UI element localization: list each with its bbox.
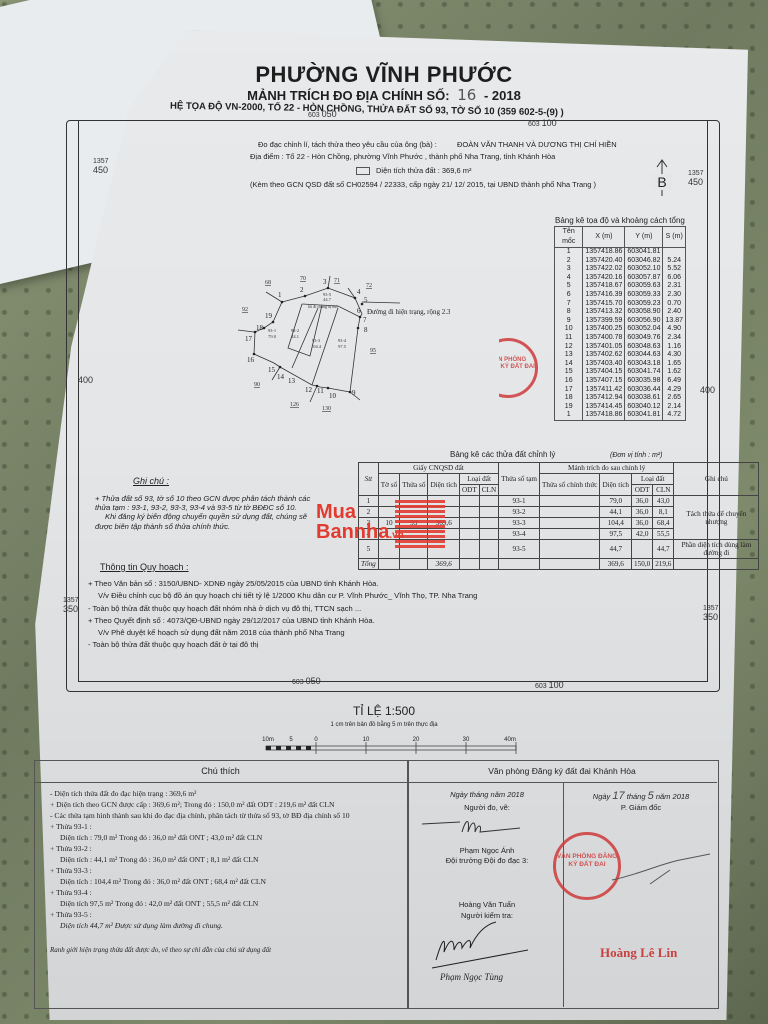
- svg-text:20: 20: [413, 737, 420, 743]
- grid-tick-right-top: 1357450: [688, 170, 704, 188]
- legend-text: - Diện tích thửa đất đo đạc hiện trạng :…: [50, 788, 350, 956]
- svg-text:15: 15: [268, 366, 276, 374]
- svg-text:5: 5: [364, 296, 368, 304]
- certificate-line: (Kèm theo GCN QSD đất số CH02594 / 22333…: [250, 180, 596, 189]
- director-role: P. Giám đốc: [566, 803, 716, 812]
- area-legend-box: [356, 167, 370, 175]
- svg-text:6: 6: [357, 307, 361, 315]
- watermark-building-icon: [395, 500, 445, 550]
- coord-row: 51357418.67603059.632.31: [555, 282, 686, 291]
- coord-row: 21357420.40603046.825.24: [555, 257, 686, 266]
- svg-text:72: 72: [366, 283, 372, 289]
- svg-text:130: 130: [322, 406, 331, 412]
- svg-text:16: 16: [247, 356, 255, 364]
- right-date: Ngày 17 tháng 5 năm 2018: [566, 790, 716, 802]
- lots-table-unit: (Đơn vị tính : m²): [610, 452, 662, 459]
- svg-text:126: 126: [290, 402, 299, 408]
- checker-name: Phạm Ngọc Tùng: [440, 972, 503, 982]
- location-value: Tổ 22 - Hòn Chồng, phường Vĩnh Phước , t…: [286, 152, 556, 161]
- grid-tick-bottom-right: 603 100: [535, 680, 564, 690]
- doc-number: 16: [457, 86, 476, 104]
- svg-text:97.5: 97.5: [338, 344, 347, 349]
- office-name: Văn phòng Đăng ký đất đai Khánh Hòa: [407, 760, 717, 783]
- surveyor-signature: [420, 814, 540, 842]
- note-split: Tách thửa để chuyển nhượng: [674, 496, 759, 540]
- owner-names: ĐOÀN VĂN THANH VÀ DƯƠNG THỊ CHÍ HIỀN: [457, 140, 617, 149]
- svg-text:12: 12: [305, 386, 313, 394]
- svg-text:95: 95: [370, 348, 376, 354]
- svg-text:93-1: 93-1: [268, 328, 276, 333]
- svg-text:7: 7: [363, 316, 367, 324]
- coord-row: 71357415.70603059.230.70: [555, 300, 686, 309]
- grid-tick-left-bottom: 1357350: [63, 597, 79, 615]
- director-signature: [610, 850, 720, 890]
- coordinate-table: Tên mốcX (m) Y (m)S (m) 11357418.8660304…: [554, 226, 686, 421]
- svg-text:93-4: 93-4: [338, 338, 347, 343]
- legend-title: Chú thích: [34, 760, 407, 783]
- checker-role: Người kiểm tra:: [412, 911, 562, 920]
- coord-row: 141357403.40603043.181.65: [555, 360, 686, 369]
- coord-row: 91357399.59603056.9013.87: [555, 317, 686, 326]
- left-date: Ngày tháng năm 2018: [412, 790, 562, 799]
- svg-text:93-3: 93-3: [312, 338, 321, 343]
- svg-text:8: 8: [364, 326, 368, 334]
- notes-text: + Thửa đất số 93, tờ số 10 theo GCN được…: [95, 494, 365, 531]
- grid-tick-left-top: 1357450: [93, 158, 109, 176]
- svg-text:44.1: 44.1: [291, 334, 299, 339]
- coord-row: 181357412.94603038.612.65: [555, 394, 686, 403]
- coord-row: 111357400.78603049.762.34: [555, 334, 686, 343]
- document-title: MẢNH TRÍCH ĐO ĐỊA CHÍNH SỐ: 16 - 2018: [0, 86, 768, 104]
- svg-text:90: 90: [254, 382, 260, 388]
- land-area-line: Diện tích thửa đất : 369,6 m²: [356, 166, 472, 175]
- grid-tick-bottom-left: 603 050: [292, 676, 321, 686]
- coord-row: 191357414.45603040.122.14: [555, 403, 686, 412]
- lots-table-title: Bảng kê các thửa đất chỉnh lý: [450, 450, 555, 459]
- svg-text:13: 13: [288, 377, 296, 385]
- svg-text:11: 11: [317, 387, 324, 395]
- svg-text:1: 1: [278, 291, 282, 299]
- north-arrow: B: [652, 158, 672, 201]
- svg-text:71: 71: [334, 278, 340, 284]
- grid-tick-right-mid: 400: [700, 385, 715, 395]
- coord-row: 101357400.25603052.044.90: [555, 325, 686, 334]
- checker-signature: [428, 920, 548, 970]
- svg-text:10: 10: [329, 392, 337, 400]
- svg-text:19: 19: [265, 312, 273, 320]
- road-label: Đường đi hiện trạng, rộng 2.3 m: [367, 308, 450, 316]
- scale-title: TỈ LỆ 1:500: [0, 704, 768, 718]
- surveyor-name: Phạm Ngọc Ánh: [412, 846, 562, 855]
- team-lead-role: Đội trưởng Đội đo đạc 3:: [412, 856, 562, 865]
- coord-row: 151357404.15603041.741.62: [555, 368, 686, 377]
- coord-row: 131357402.62603044.634.30: [555, 351, 686, 360]
- grid-tick-left-mid: 400: [78, 375, 93, 385]
- grid-tick-right-bottom: 1357350: [703, 605, 719, 623]
- signature-divider: [563, 782, 564, 1007]
- svg-text:79.0: 79.0: [268, 334, 277, 339]
- svg-text:4: 4: [357, 288, 361, 296]
- ward-title: PHƯỜNG VĨNH PHƯỚC: [0, 62, 768, 88]
- note-path: Phần diện tích dùng làm đường đi: [674, 540, 759, 559]
- coord-row: 161357407.15603035.986.49: [555, 377, 686, 386]
- coord-row: 11357418.86603041.814.72: [555, 411, 686, 420]
- svg-text:3: 3: [323, 278, 327, 286]
- svg-text:2: 2: [300, 286, 304, 294]
- svg-text:5: 5: [289, 737, 293, 743]
- survey-request-line: Đo đạc chỉnh lí, tách thửa theo yêu cầu …: [258, 140, 617, 149]
- svg-text:44.7: 44.7: [323, 297, 332, 302]
- svg-text:0: 0: [314, 737, 318, 743]
- coord-row: 11357418.86603041.81: [555, 248, 686, 257]
- north-label: B: [652, 174, 672, 190]
- svg-text:9: 9: [352, 389, 356, 397]
- svg-text:30: 30: [463, 737, 470, 743]
- notes-title: Ghi chú :: [133, 476, 169, 486]
- svg-text:17: 17: [245, 335, 253, 343]
- svg-text:10m: 10m: [262, 737, 274, 743]
- planning-title: Thông tin Quy hoạch :: [100, 562, 189, 572]
- doc-title-prefix: MẢNH TRÍCH ĐO ĐỊA CHÍNH SỐ:: [247, 88, 449, 103]
- coord-row: 41357420.16603057.876.06: [555, 274, 686, 283]
- grid-tick-top-left: 603 050: [308, 109, 337, 119]
- team-lead-name: Hoàng Văn Tuấn: [412, 900, 562, 909]
- svg-text:lối đi chung tự mở: lối đi chung tự mở: [308, 304, 339, 309]
- svg-text:18: 18: [256, 324, 264, 332]
- director-name: Hoàng Lê Lin: [600, 945, 677, 961]
- location-line: Địa điểm : Tổ 22 - Hòn Chồng, phường Vĩn…: [250, 152, 555, 161]
- svg-text:104.4: 104.4: [311, 344, 322, 349]
- planning-text: + Theo Văn bản số : 3150/UBND- XDNĐ ngày…: [88, 578, 538, 652]
- coord-row: 31357422.02603052.105.52: [555, 265, 686, 274]
- svg-text:14: 14: [277, 373, 285, 381]
- doc-year: - 2018: [484, 88, 521, 103]
- svg-text:70: 70: [300, 276, 306, 282]
- parcel-map: 123 456 789 101112 131415 161718 19 6870…: [230, 270, 450, 420]
- svg-text:40m: 40m: [504, 737, 516, 743]
- coord-row: 121357401.05603048.631.16: [555, 343, 686, 352]
- coord-row: 81357413.32603058.902.40: [555, 308, 686, 317]
- coord-row: 61357416.39603059.332.30: [555, 291, 686, 300]
- scale-subtitle: 1 cm trên bản đồ bằng 5 m trên thực địa: [0, 722, 768, 728]
- svg-text:92: 92: [242, 307, 248, 313]
- coord-row: 171357411.42603036.444.29: [555, 386, 686, 395]
- scale-bar: 10m5 010 2030 40m: [258, 736, 518, 758]
- grid-tick-top-right: 603 100: [528, 118, 557, 128]
- surveyor-role: Người đo, vẽ:: [412, 803, 562, 812]
- coord-table-title: Bảng kê tọa độ và khoảng cách tổng: [555, 216, 685, 225]
- svg-text:10: 10: [363, 737, 370, 743]
- neighbor-68: 68: [265, 280, 271, 286]
- svg-text:93-2: 93-2: [291, 328, 299, 333]
